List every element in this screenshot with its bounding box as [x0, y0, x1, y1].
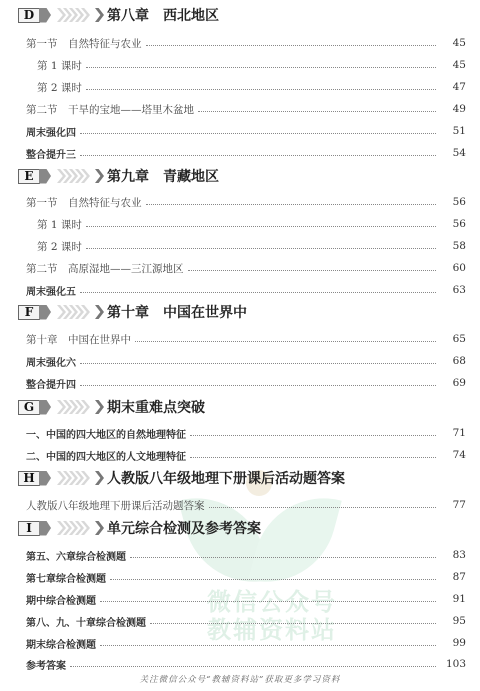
- entry-title: 第一节 自然特征与农业: [26, 195, 146, 210]
- page-number: 58: [436, 240, 466, 252]
- page-number: 99: [436, 637, 466, 649]
- entry-title: 周末强化五: [26, 283, 80, 298]
- page-number: 69: [436, 377, 466, 389]
- chevron-right-icon: [95, 521, 104, 535]
- page-number: 63: [436, 284, 466, 296]
- dot-leader: [80, 362, 436, 364]
- toc-entry[interactable]: 第五、六章综合检测题83: [0, 547, 480, 563]
- dot-leader: [80, 154, 436, 156]
- dot-leader: [146, 44, 437, 46]
- dot-leader: [150, 622, 436, 624]
- toc-entry[interactable]: 第 1 课时56: [0, 216, 480, 232]
- toc-entry[interactable]: 整合提升三54: [0, 145, 480, 161]
- chevron-right-icon: [95, 471, 104, 485]
- page-number: 49: [436, 103, 466, 115]
- chevron-right-icon: [95, 400, 104, 414]
- chevrons-icon: [57, 400, 87, 414]
- page-number: 51: [436, 125, 466, 137]
- dot-leader: [209, 506, 437, 508]
- dot-leader: [130, 556, 436, 558]
- chapter-heading[interactable]: F第十章 中国在世界中: [18, 302, 247, 322]
- entry-title: 第十章 中国在世界中: [26, 332, 135, 347]
- entry-title: 人教版八年级地理下册课后活动题答案: [26, 498, 209, 513]
- page-number: 71: [436, 427, 466, 439]
- entry-title: 期末综合检测题: [26, 636, 100, 651]
- chapter-heading[interactable]: I单元综合检测及参考答案: [18, 518, 261, 538]
- entry-title: 整合提升三: [26, 146, 80, 161]
- entry-title: 一、中国的四大地区的自然地理特征: [26, 426, 190, 441]
- entry-title: 周末强化四: [26, 124, 80, 139]
- entry-title: 第 1 课时: [37, 217, 86, 232]
- toc-entry[interactable]: 周末强化五63: [0, 282, 480, 298]
- chapter-letter-badge: E: [18, 169, 40, 184]
- chevrons-icon: [57, 305, 87, 319]
- dot-leader: [86, 66, 436, 68]
- toc-entry[interactable]: 周末强化六68: [0, 353, 480, 369]
- chevron-right-icon: [95, 305, 104, 319]
- toc-entry[interactable]: 期末综合检测题99: [0, 635, 480, 651]
- dot-leader: [190, 456, 436, 458]
- page-number: 83: [436, 549, 466, 561]
- badge-arrow-icon: [39, 305, 51, 320]
- chapter-letter-badge: F: [18, 305, 40, 320]
- toc-entry[interactable]: 第一节 自然特征与农业56: [0, 194, 480, 210]
- dot-leader: [190, 434, 436, 436]
- entry-title: 第一节 自然特征与农业: [26, 36, 146, 51]
- chevrons-icon: [57, 8, 87, 22]
- toc-entry[interactable]: 人教版八年级地理下册课后活动题答案77: [0, 497, 480, 513]
- chapter-title: 第八章 西北地区: [107, 5, 219, 25]
- chapter-heading[interactable]: H人教版八年级地理下册课后活动题答案: [18, 468, 345, 488]
- toc-entry[interactable]: 期中综合检测题91: [0, 591, 480, 607]
- entry-title: 第八、九、十章综合检测题: [26, 614, 150, 629]
- page-number: 74: [436, 449, 466, 461]
- toc-entry[interactable]: 第二节 干旱的宝地——塔里木盆地49: [0, 101, 480, 117]
- dot-leader: [86, 225, 436, 227]
- page-number: 91: [436, 593, 466, 605]
- entry-title: 第 2 课时: [37, 80, 86, 95]
- chapter-title: 人教版八年级地理下册课后活动题答案: [107, 468, 345, 488]
- badge-arrow-icon: [39, 169, 51, 184]
- toc-entry[interactable]: 第 2 课时58: [0, 238, 480, 254]
- toc-entry[interactable]: 整合提升四69: [0, 375, 480, 391]
- toc-entry[interactable]: 第十章 中国在世界中65: [0, 331, 480, 347]
- chapter-heading[interactable]: G期末重难点突破: [18, 397, 205, 417]
- toc-entry[interactable]: 第七章综合检测题87: [0, 569, 480, 585]
- page-number: 45: [436, 37, 466, 49]
- dot-leader: [188, 269, 437, 271]
- toc-entry[interactable]: 周末强化四51: [0, 123, 480, 139]
- entry-title: 周末强化六: [26, 354, 80, 369]
- chapter-title: 第九章 青藏地区: [107, 166, 219, 186]
- page-number: 56: [436, 218, 466, 230]
- chapter-title: 第十章 中国在世界中: [107, 302, 247, 322]
- entry-title: 期中综合检测题: [26, 592, 100, 607]
- dot-leader: [80, 132, 436, 134]
- entry-title: 整合提升四: [26, 376, 80, 391]
- entry-title: 参考答案: [26, 657, 70, 672]
- page-number: 54: [436, 147, 466, 159]
- dot-leader: [80, 384, 436, 386]
- entry-title: 二、中国的四大地区的人文地理特征: [26, 448, 190, 463]
- dot-leader: [100, 600, 436, 602]
- page-number: 47: [436, 81, 466, 93]
- chapter-letter-badge: G: [18, 400, 40, 415]
- footer-note: 关注微信公众号“教辅资料站”获取更多学习资料: [0, 673, 480, 685]
- dot-leader: [70, 665, 436, 667]
- toc-entry[interactable]: 一、中国的四大地区的自然地理特征71: [0, 425, 480, 441]
- chapter-letter-badge: I: [18, 521, 40, 536]
- page-number: 95: [436, 615, 466, 627]
- chapter-letter-badge: H: [18, 471, 40, 486]
- entry-title: 第二节 干旱的宝地——塔里木盆地: [26, 102, 198, 117]
- toc-entry[interactable]: 第一节 自然特征与农业45: [0, 35, 480, 51]
- entry-title: 第二节 高原湿地——三江源地区: [26, 261, 188, 276]
- entry-title: 第 2 课时: [37, 239, 86, 254]
- dot-leader: [146, 203, 437, 205]
- page-number: 56: [436, 196, 466, 208]
- page-number: 77: [436, 499, 466, 511]
- toc-entry[interactable]: 第 2 课时47: [0, 79, 480, 95]
- badge-arrow-icon: [39, 521, 51, 536]
- entry-title: 第五、六章综合检测题: [26, 548, 130, 563]
- page-number: 103: [436, 658, 466, 670]
- page-number: 68: [436, 355, 466, 367]
- chevrons-icon: [57, 471, 87, 485]
- dot-leader: [135, 340, 436, 342]
- chevrons-icon: [57, 521, 87, 535]
- page-number: 60: [436, 262, 466, 274]
- dot-leader: [80, 291, 436, 293]
- dot-leader: [86, 247, 436, 249]
- page-number: 87: [436, 571, 466, 583]
- dot-leader: [110, 578, 436, 580]
- badge-arrow-icon: [39, 400, 51, 415]
- chapter-heading[interactable]: E第九章 青藏地区: [18, 166, 219, 186]
- toc-entry[interactable]: 第二节 高原湿地——三江源地区60: [0, 260, 480, 276]
- dot-leader: [86, 88, 436, 90]
- toc-entry[interactable]: 第 1 课时45: [0, 57, 480, 73]
- chapter-title: 期末重难点突破: [107, 397, 205, 417]
- toc-entry[interactable]: 二、中国的四大地区的人文地理特征74: [0, 447, 480, 463]
- dot-leader: [198, 110, 436, 112]
- toc-entry[interactable]: 第八、九、十章综合检测题95: [0, 613, 480, 629]
- chevrons-icon: [57, 169, 87, 183]
- badge-arrow-icon: [39, 471, 51, 486]
- entry-title: 第 1 课时: [37, 58, 86, 73]
- chevron-right-icon: [95, 169, 104, 183]
- chevron-right-icon: [95, 8, 104, 22]
- chapter-title: 单元综合检测及参考答案: [107, 518, 261, 538]
- toc-entry[interactable]: 参考答案103: [0, 656, 480, 672]
- dot-leader: [100, 644, 436, 646]
- page-number: 65: [436, 333, 466, 345]
- chapter-letter-badge: D: [18, 8, 40, 23]
- page-number: 45: [436, 59, 466, 71]
- chapter-heading[interactable]: D第八章 西北地区: [18, 5, 219, 25]
- badge-arrow-icon: [39, 8, 51, 23]
- entry-title: 第七章综合检测题: [26, 570, 110, 585]
